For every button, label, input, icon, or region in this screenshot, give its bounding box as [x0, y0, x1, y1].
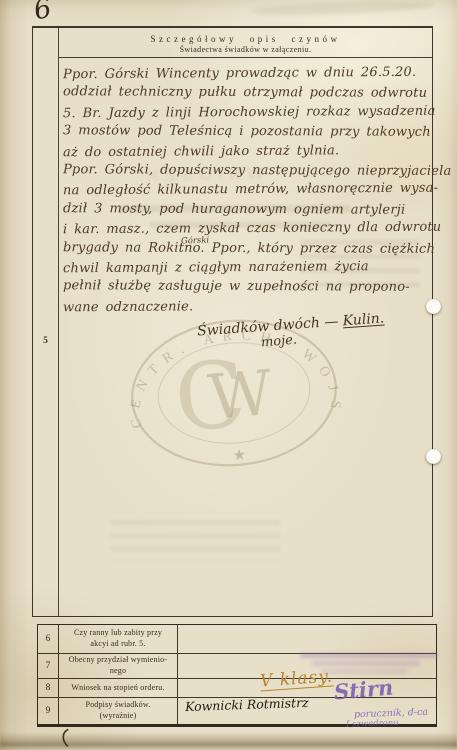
section-title: Szczegółowy opis czynów	[59, 34, 432, 44]
row-number: 8	[38, 679, 59, 698]
main-content-column: Szczegółowy opis czynów Świadectwa świad…	[58, 28, 432, 616]
purple-signature-unit: I szwadronu	[346, 718, 399, 730]
bleedthrough-mark	[250, 0, 435, 17]
handwritten-line: na odległość kilkunastu metrów, własnorę…	[63, 179, 429, 201]
section-header: Szczegółowy opis czynów Świadectwa świad…	[59, 28, 432, 58]
stray-ink-mark	[55, 727, 76, 749]
handwritten-line: Ppor. Górski, dopuściwszy następującego …	[63, 160, 429, 181]
row-label: Obecny przydział wymienio- nego	[59, 654, 178, 679]
row-label-line: Obecny przydział wymienio-	[69, 655, 168, 666]
bottom-table: 6 Czy ranny lub zabity przy akcyi ad rub…	[37, 624, 437, 727]
handwritten-description: Ppor. Górski Wincenty prowadząc w dniu 2…	[63, 64, 429, 316]
punch-hole	[426, 299, 441, 314]
row-label-line: (wyraźnie)	[100, 711, 137, 722]
purple-signature-name: Stirn	[333, 674, 394, 704]
row-label-line: Wniosek na stopień orderu.	[71, 683, 164, 694]
scanned-document-photo: WNIOSEK 6 CENTR. ARCH. WOJSK. C W ★ 5	[0, 0, 457, 750]
row-label: Wniosek na stopień orderu.	[59, 679, 178, 698]
handwritten-line: oddział techniczny pułku otrzymał podcza…	[63, 83, 429, 104]
handwritten-line: Ppor. Górski Wincenty prowadząc w dniu 2…	[63, 63, 429, 85]
row-label-line: nego	[110, 666, 126, 677]
closing-name: Kulin.	[342, 310, 385, 329]
row-number: 9	[38, 698, 59, 724]
handwritten-line: aż do ostatniej chwili jako straż tylnia…	[63, 140, 429, 162]
handwritten-line: pełnił służbę zasługuje w zupełności na …	[63, 277, 429, 298]
handwritten-line: i kar. masz., czem zyskał czas konieczny…	[63, 218, 429, 240]
row-label: Czy ranny lub zabity przy akcyi ad rubr.…	[59, 625, 178, 654]
handwritten-line: brygady na Rokitno. Ppor., który przez c…	[63, 238, 429, 259]
main-table: 5 Szczegółowy opis czynów Świadectwa świ…	[32, 26, 433, 617]
handwritten-closing-sub: moje.	[260, 332, 297, 350]
row-label-line: akcyi ad rubr. 5.	[90, 639, 145, 650]
row-number: 6	[38, 625, 59, 654]
row-number: 7	[38, 654, 59, 679]
rubric-number: 5	[33, 336, 58, 346]
row-label: Podpisy świadków. (wyraźnie)	[59, 698, 178, 724]
page-number-handwritten: 6	[31, 0, 54, 26]
handwritten-line: 5. Br. Jazdy z linji Horochowskiej rozka…	[63, 102, 429, 124]
row-value-cell	[178, 625, 436, 654]
handwritten-line: chwil kampanji z ciągłym narażeniem życi…	[63, 257, 429, 279]
row-label-line: Podpisy świadków.	[85, 700, 150, 711]
paper-sheet: WNIOSEK 6 CENTR. ARCH. WOJSK. C W ★ 5	[0, 0, 457, 750]
row-label-line: Czy ranny lub zabity przy	[74, 628, 162, 639]
handwritten-line: dził 3 mosty, pod huraganowym ogniem art…	[63, 199, 429, 220]
section-subtitle: Świadectwa świadków w załączeniu.	[59, 45, 432, 54]
handwritten-insertion: Górski	[181, 236, 210, 247]
punch-hole	[426, 449, 441, 464]
handwritten-line: 3 mostów pod Teleśnicą i pozostania przy…	[63, 121, 429, 142]
